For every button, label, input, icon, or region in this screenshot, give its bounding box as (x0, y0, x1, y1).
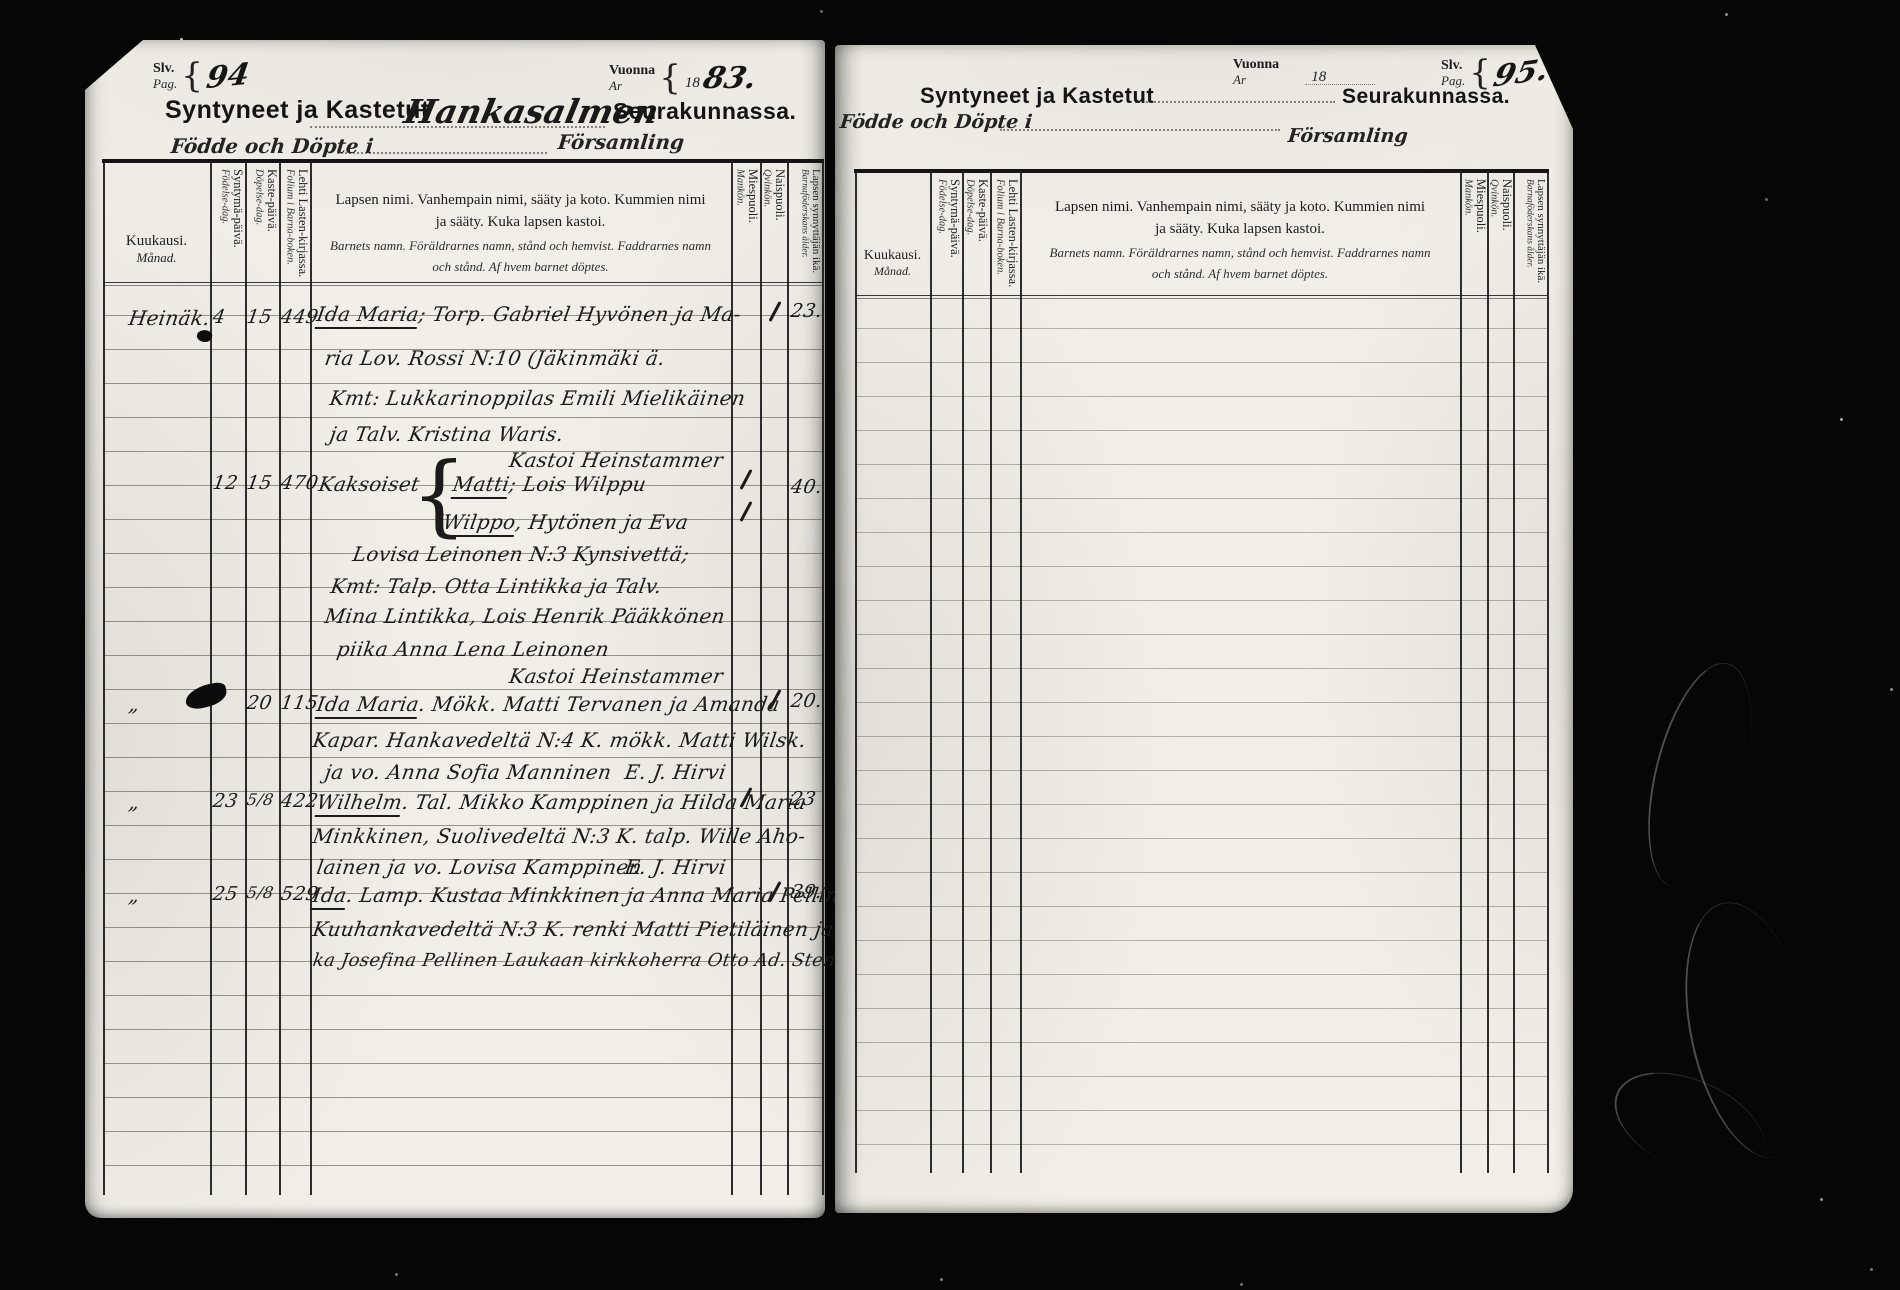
entry-text: ; Torp. Gabriel Hyvönen ja Ma- (417, 302, 743, 326)
entry-baptism-day: 5/8 (245, 790, 275, 809)
col-month-header: Kuukausi. Månad. (103, 163, 210, 282)
entry-line: Minkkinen, Suolivedeltä N:3 K. talp. Wil… (311, 824, 807, 848)
page-label-sv: Pag. (153, 77, 177, 91)
female-header-fi: Naispuoli. (1500, 179, 1514, 295)
left-page: Slv. Pag. { 94 Vuonna Ar { 18 83. Syntyn… (85, 40, 825, 1218)
baptizer-signature: E. J. Hirvi (623, 855, 728, 879)
male-header-fi: Miespuoli. (1474, 179, 1488, 295)
entry-birth-day: 12 (211, 472, 239, 494)
column-divider (822, 163, 824, 1195)
col-male-header: Miespuoli. Mankön. (731, 163, 760, 282)
entry-baptism-day: 20 (245, 692, 273, 714)
header-bottom-border (855, 295, 1547, 296)
entry-folio: 115 (279, 692, 320, 714)
entry-folio: 470 (279, 472, 320, 494)
subtitle-blank-line (337, 132, 547, 154)
right-page: Vuonna Ar 18 Slv. Pag. { 95. Syntyneet j… (835, 45, 1573, 1213)
page-title-fi-2: Seurakunnassa. (1342, 85, 1510, 109)
mother-age-header-fi: Lapsen synnyttäjän ikä. (809, 169, 822, 282)
entry-line: Wilhelm. Tal. Mikko Kamppinen ja Hilda M… (315, 790, 808, 814)
baptism-header-fi: Kaste-päivä. (265, 169, 279, 282)
child-name: Wilppo (441, 510, 518, 537)
entry-line: Ida Maria; Torp. Gabriel Hyvönen ja Ma- (315, 302, 743, 326)
birthday-header-fi: Syntymä-päivä. (231, 169, 245, 282)
baptism-header-sv: Döpelse-dag. (964, 179, 976, 295)
parish-blank-line (310, 96, 605, 128)
entry-text: Kmt: Lukkarinoppilas Emili Mielikäinen (328, 386, 747, 410)
year-label-fi: Vuonna (1233, 58, 1279, 73)
entry-line: Ida Maria. Mökk. Matti Tervanen ja Amand… (315, 692, 782, 716)
main-header-sv-2: och stånd. Af hvem barnet döptes. (310, 258, 731, 276)
male-header-sv: Mankön. (734, 169, 746, 282)
mother-age-header-sv: Barnaföderskans ålder. (1523, 179, 1534, 295)
column-divider (760, 163, 762, 1195)
col-month-header: Kuukausi. Månad. (855, 173, 930, 295)
entry-line: Kuuhankavedeltä N:3 K. renki Matti Pieti… (311, 917, 876, 941)
mother-age-header-sv: Barnaföderskans ålder. (798, 169, 809, 282)
entry-line: (Wilppo, Hytönen ja Eva (433, 510, 690, 534)
year-brace: { (659, 58, 681, 98)
column-divider (1020, 173, 1022, 1173)
entry-text: ria Lov. Rossi N:10 (Jäkinmäki ä. (323, 346, 667, 370)
entry-text: . Mökk. Matti Tervanen ja Amanda (417, 692, 782, 716)
month-header-sv: Månad. (874, 264, 911, 279)
birthday-header-fi: Syntymä-päivä. (948, 179, 962, 295)
entry-line: ria Lov. Rossi N:10 (Jäkinmäki ä. (323, 346, 667, 370)
female-header-sv: Qvinkön. (1488, 179, 1500, 295)
year-label-fi: Vuonna (609, 64, 655, 79)
main-header-fi-2: ja sääty. Kuka lapsen kastoi. (1020, 219, 1460, 241)
entry-text: Kapar. Hankavedeltä N:4 K. mökk. Matti W… (311, 728, 808, 752)
subtitle-blank-line (1000, 109, 1280, 131)
baptizer-signature: Kastoi Heinstammer (463, 664, 725, 688)
col-mother-age-header: Lapsen synnyttäjän ikä. Barnaföderskans … (787, 163, 822, 282)
column-divider (787, 163, 789, 1195)
entry-text: ; Lois Wilppu (507, 472, 648, 496)
mother-age: 20. (789, 690, 824, 712)
page-subtitle-sv-2: Församling (557, 130, 686, 154)
entry-line: Lovisa Leinonen N:3 Kynsivettä; (351, 542, 691, 566)
entry-baptism-day: 15 (245, 306, 273, 328)
entry-line: ka Josefina Pellinen Laukaan kirkkoherra… (311, 950, 876, 971)
entry-text: ka Josefina Pellinen Laukaan kirkkoherra… (311, 950, 876, 971)
page-title-fi-2: Seurakunnassa. (613, 98, 796, 125)
column-divider (990, 173, 992, 1173)
column-divider (930, 173, 932, 1173)
column-divider (210, 163, 212, 1195)
child-name: Ida Maria (315, 692, 421, 719)
main-header-fi-1: Lapsen nimi. Vanhempain nimi, sääty ja k… (1020, 197, 1460, 219)
baptizer-signature: Kastoi Heinstammer (463, 448, 725, 472)
col-folio-header: Lehti Lasten-kirjassa. Folium i Barna-bo… (279, 163, 310, 282)
baptism-header-fi: Kaste-päivä. (976, 179, 990, 295)
column-divider (103, 163, 105, 1195)
baptizer-signature: E. J. Hirvi (623, 760, 728, 784)
mother-age: 23 (789, 788, 817, 810)
mother-age: 23. (789, 300, 824, 322)
main-header-sv-1: Barnets namn. Föräldrarnes namn, stånd o… (310, 237, 731, 255)
entry-text: Mina Lintikka, Lois Henrik Pääkkönen (323, 604, 727, 628)
main-header-sv-1: Barnets namn. Föräldrarnes namn, stånd o… (1020, 244, 1460, 262)
mother-age: 39. (789, 881, 824, 903)
page-corner-shadow (85, 40, 143, 90)
entry-line: Kapar. Hankavedeltä N:4 K. mökk. Matti W… (311, 728, 808, 752)
entry-birth-day: 25 (211, 883, 239, 905)
entry-text: piika Anna Lena Leinonen (335, 637, 611, 661)
entry-folio: 449 (279, 306, 320, 328)
month-header-sv: Månad. (136, 250, 176, 266)
entry-text: ja vo. Anna Sofia Manninen (323, 760, 613, 784)
column-divider (1513, 173, 1515, 1173)
col-baptism-header: Kaste-päivä. Döpelse-dag. (962, 173, 990, 295)
birthday-header-sv: Födelse-dag. (936, 179, 948, 295)
page-title-fi: Syntyneet ja Kastetut (920, 83, 1154, 109)
col-baptism-header: Kaste-päivä. Döpelse-dag. (245, 163, 279, 282)
entry-text: Minkkinen, Suolivedeltä N:3 K. talp. Wil… (311, 824, 807, 848)
entry-text: Kmt: Talp. Otta Lintikka ja Talv. (329, 574, 664, 598)
col-birthday-header: Syntymä-päivä. Födelse-dag. (210, 163, 245, 282)
entry-line: Matti; Lois Wilppu (451, 472, 648, 496)
female-header-sv: Qvinkön. (761, 169, 773, 282)
male-header-sv: Mankön. (1462, 179, 1474, 295)
column-divider (962, 173, 964, 1173)
entry-line: Ida. Lamp. Kustaa Minkkinen ja Anna Mari… (311, 883, 873, 907)
column-divider (1547, 173, 1549, 1173)
female-header-fi: Naispuoli. (773, 169, 787, 282)
mother-age-header-fi: Lapsen synnyttäjän ikä. (1534, 179, 1547, 295)
month-header-fi: Kuukausi. (864, 248, 921, 264)
child-name: Ida Maria (315, 302, 421, 329)
entry-text: Kuuhankavedeltä N:3 K. renki Matti Pieti… (311, 917, 876, 941)
column-divider (855, 173, 857, 1173)
entry-text: lainen ja vo. Lovisa Kamppinen (315, 855, 644, 879)
header-bottom-border (855, 298, 1547, 299)
main-header-fi-2: ja sääty. Kuka lapsen kastoi. (310, 212, 731, 234)
child-name: Matti (451, 472, 512, 499)
entry-line: ja vo. Anna Sofia Manninen (323, 760, 613, 784)
month-header-fi: Kuukausi. (126, 233, 187, 250)
page-brace: { (181, 56, 203, 96)
entry-text: , Hytönen ja Eva (514, 510, 690, 534)
col-female-header: Naispuoli. Qvinkön. (760, 163, 787, 282)
scratch-mark (1629, 653, 1772, 898)
page-label-fi: Slv. (1441, 59, 1465, 74)
entry-baptism-day: 5/8 (245, 883, 275, 902)
entry-line: piika Anna Lena Leinonen (335, 637, 611, 661)
folio-header-sv: Folium i Barna-boken. (994, 179, 1006, 295)
folio-header-sv: Folium i Barna-boken. (284, 169, 296, 282)
mother-age: 40. (789, 476, 824, 498)
col-male-header: Miespuoli. Mankön. (1460, 173, 1488, 295)
entry-line: Kmt: Talp. Otta Lintikka ja Talv. (329, 574, 664, 598)
page-number-handwritten: 94 (204, 56, 252, 95)
page-subtitle-sv-2: Församling (1287, 125, 1409, 147)
entry-birth-day: 23 (211, 790, 239, 812)
child-name: Ida (311, 883, 349, 910)
year-label-sv: Ar (609, 79, 655, 93)
year-printed: 18 (685, 75, 700, 92)
entry-text: Lovisa Leinonen N:3 Kynsivettä; (351, 542, 691, 566)
folio-header-fi: Lehti Lasten-kirjassa. (296, 169, 310, 282)
table-top-border (854, 169, 1549, 173)
ruled-lines (855, 295, 1547, 1155)
col-main-header: Lapsen nimi. Vanhempain nimi, sääty ja k… (1020, 197, 1460, 283)
entry-baptism-day: 15 (245, 472, 273, 494)
column-divider (1487, 173, 1489, 1173)
main-header-fi-1: Lapsen nimi. Vanhempain nimi, sääty ja k… (310, 190, 731, 212)
entry-month: Heinäk. (127, 306, 212, 330)
col-mother-age-header: Lapsen synnyttäjän ikä. Barnaföderskans … (1515, 173, 1547, 295)
entry-line: lainen ja vo. Lovisa Kamppinen (315, 855, 644, 879)
main-header-sv-2: och stånd. Af hvem barnet döptes. (1020, 265, 1460, 283)
birthday-header-sv: Födelse-dag. (219, 169, 231, 282)
male-header-fi: Miespuoli. (746, 169, 760, 282)
child-name: Wilhelm (315, 790, 404, 817)
year-handwritten: 83. (699, 61, 760, 96)
entry-line: Mina Lintikka, Lois Henrik Pääkkönen (323, 604, 727, 628)
col-main-header: Lapsen nimi. Vanhempain nimi, sääty ja k… (310, 190, 731, 276)
entry-folio: 422 (279, 790, 320, 812)
col-folio-header: Lehti Lasten-kirjassa. Folium i Barna-bo… (990, 173, 1020, 295)
parish-blank-line (1135, 81, 1335, 103)
page-number-group: Slv. Pag. { 94 (153, 56, 249, 96)
col-female-header: Naispuoli. Qvinkön. (1487, 173, 1514, 295)
entry-line: Kmt: Lukkarinoppilas Emili Mielikäinen (328, 386, 747, 410)
baptism-header-sv: Döpelse-dag. (253, 169, 265, 282)
entry-twins-label: Kaksoiset (317, 472, 421, 496)
col-birthday-header: Syntymä-päivä. Födelse-dag. (930, 173, 962, 295)
page-label-fi: Slv. (153, 62, 177, 77)
column-divider (1460, 173, 1462, 1173)
scanned-parish-register: Slv. Pag. { 94 Vuonna Ar { 18 83. Syntyn… (0, 0, 1900, 1290)
folio-header-fi: Lehti Lasten-kirjassa. (1006, 179, 1020, 295)
